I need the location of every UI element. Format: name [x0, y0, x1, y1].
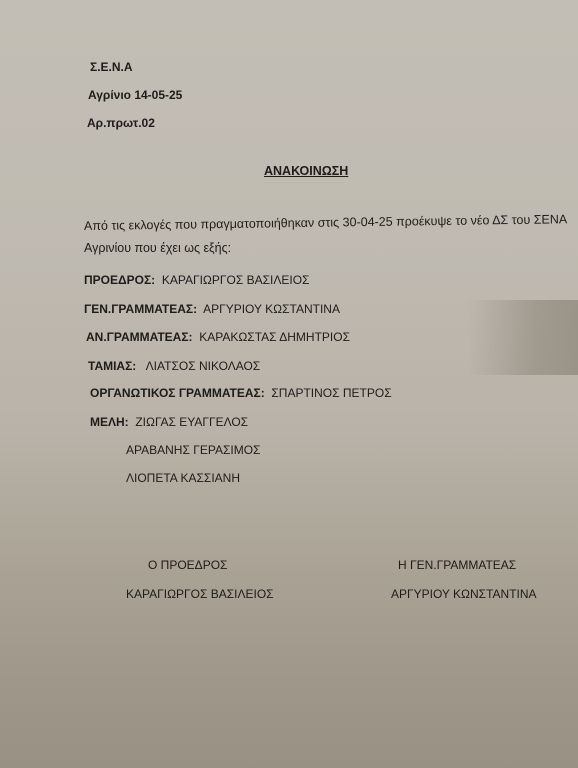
member-name-3: ΛΙΟΠΕΤΑ ΚΑΣΣΙΑΝΗ	[126, 471, 240, 485]
member-name: ΚΑΡΑΓΙΩΡΓΟΣ ΒΑΣΙΛΕΙΟΣ	[162, 273, 310, 287]
protocol-number: Αρ.πρωτ.02	[87, 116, 155, 130]
organization-name: Σ.Ε.Ν.Α	[90, 60, 133, 74]
role-label: ΠΡΟΕΔΡΟΣ:	[84, 273, 155, 287]
role-label: ΓΕΝ.ΓΡΑΜΜΑΤΕΑΣ:	[84, 302, 197, 316]
member-name: ΖΙΩΓΑΣ ΕΥΑΓΓΕΛΟΣ	[135, 415, 248, 429]
signature-right-name: ΑΡΓΥΡΙΟΥ ΚΩΝΣΤΑΝΤΙΝΑ	[391, 587, 537, 601]
announcement-document: Σ.Ε.Ν.Α Αγρίνιο 14-05-25 Αρ.πρωτ.02 ΑΝΑΚ…	[0, 0, 578, 768]
board-row-deputy-secretary: ΑΝ.ΓΡΑΜΜΑΤΕΑΣ: ΚΑΡΑΚΩΣΤΑΣ ΔΗΜΗΤΡΙΟΣ	[86, 330, 350, 344]
signature-left-name: ΚΑΡΑΓΙΩΡΓΟΣ ΒΑΣΙΛΕΙΟΣ	[126, 587, 274, 601]
board-row-general-secretary: ΓΕΝ.ΓΡΑΜΜΑΤΕΑΣ: ΑΡΓΥΡΙΟΥ ΚΩΣΤΑΝΤΙΝΑ	[84, 302, 340, 316]
role-label: ΤΑΜΙΑΣ:	[88, 359, 136, 373]
signature-right-title: Η ΓΕΝ.ΓΡΑΜΜΑΤΕΑΣ	[398, 558, 516, 572]
intro-line-1: Από τις εκλογές που πραγματοποιήθηκαν στ…	[84, 212, 567, 233]
document-title: ΑΝΑΚΟΙΝΩΣΗ	[264, 164, 348, 178]
members-row: ΜΕΛΗ: ΖΙΩΓΑΣ ΕΥΑΓΓΕΛΟΣ	[90, 415, 248, 429]
members-label: ΜΕΛΗ:	[90, 415, 129, 429]
board-row-organizing-secretary: ΟΡΓΑΝΩΤΙΚΟΣ ΓΡΑΜΜΑΤΕΑΣ: ΣΠΑΡΤΙΝΟΣ ΠΕΤΡΟΣ	[90, 386, 392, 400]
place-date: Αγρίνιο 14-05-25	[88, 88, 182, 102]
member-name: ΑΡΓΥΡΙΟΥ ΚΩΣΤΑΝΤΙΝΑ	[203, 302, 340, 316]
role-label: ΟΡΓΑΝΩΤΙΚΟΣ ΓΡΑΜΜΑΤΕΑΣ:	[90, 386, 265, 400]
member-name-2: ΑΡΑΒΑΝΗΣ ΓΕΡΑΣΙΜΟΣ	[126, 443, 260, 457]
member-name: ΣΠΑΡΤΙΝΟΣ ΠΕΤΡΟΣ	[271, 386, 391, 400]
board-row-treasurer: ΤΑΜΙΑΣ: ΛΙΑΤΣΟΣ ΝΙΚΟΛΑΟΣ	[88, 359, 260, 373]
board-row-president: ΠΡΟΕΔΡΟΣ: ΚΑΡΑΓΙΩΡΓΟΣ ΒΑΣΙΛΕΙΟΣ	[84, 273, 309, 287]
role-label: ΑΝ.ΓΡΑΜΜΑΤΕΑΣ:	[86, 330, 193, 344]
intro-line-2: Αγρινίου που έχει ως εξής:	[84, 241, 231, 255]
signature-left-title: Ο ΠΡΟΕΔΡΟΣ	[148, 558, 227, 572]
member-name: ΛΙΑΤΣΟΣ ΝΙΚΟΛΑΟΣ	[146, 359, 261, 373]
member-name: ΚΑΡΑΚΩΣΤΑΣ ΔΗΜΗΤΡΙΟΣ	[199, 330, 350, 344]
